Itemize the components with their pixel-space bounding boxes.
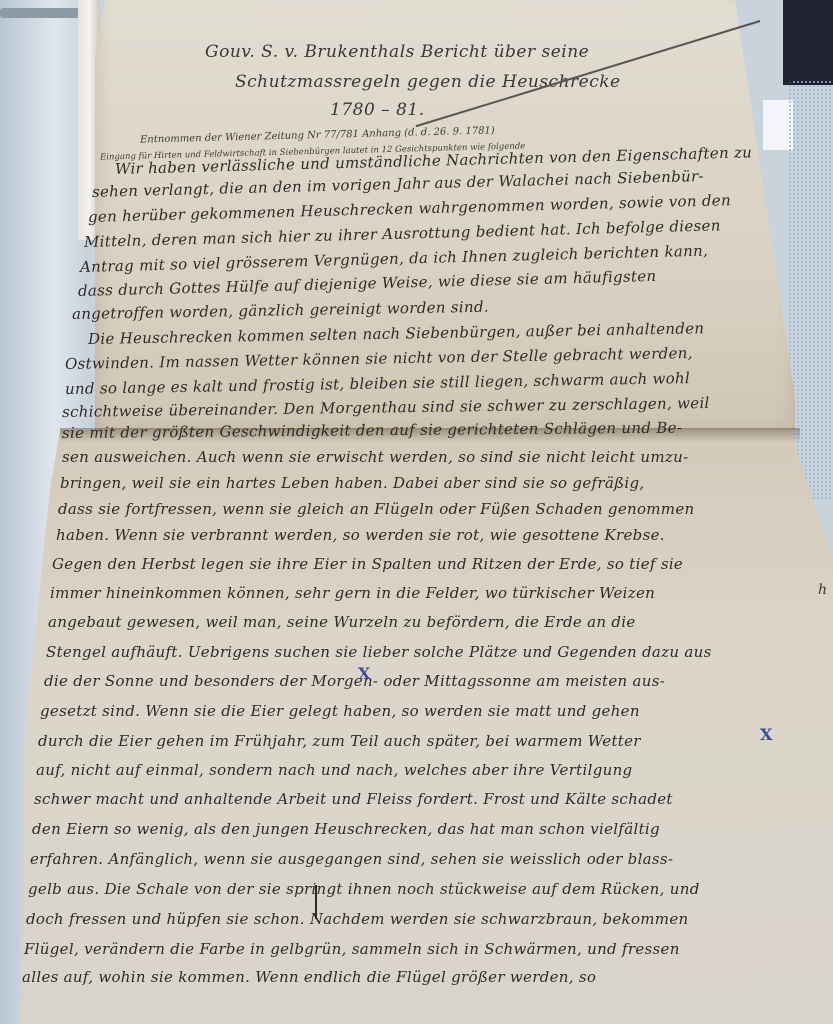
lower-line-19: alles auf, wohin sie kommen. Wenn endlic… — [22, 968, 596, 986]
lower-line-12: auf, nicht auf einmal, sondern nach und … — [36, 761, 632, 779]
lower-line-16: gelb aus. Die Schale von der sie springt… — [28, 880, 700, 898]
lower-line-7: angebaut gewesen, weil man, seine Wurzel… — [48, 613, 636, 631]
lower-line-1: sen ausweichen. Auch wenn sie erwischt w… — [62, 448, 688, 466]
vertical-separator-stroke — [315, 885, 317, 919]
lower-line-10: gesetzt sind. Wenn sie die Eier gelegt h… — [40, 702, 640, 720]
blue-ink-mark-1: X — [358, 664, 370, 683]
blue-ink-mark-2: X — [760, 725, 772, 744]
lower-line-15: erfahren. Anfänglich, wenn sie ausgegang… — [30, 850, 673, 868]
lower-line-2: bringen, weil sie ein hartes Leben haben… — [60, 474, 644, 492]
lower-line-4: haben. Wenn sie verbrannt werden, so wer… — [56, 526, 665, 544]
background-bar — [0, 8, 80, 18]
lower-line-8: Stengel aufhäuft. Uebrigens suchen sie l… — [46, 643, 712, 661]
lower-line-18: Flügel, verändern die Farbe in gelbgrün,… — [24, 940, 680, 958]
lower-line-11: durch die Eier gehen im Frühjahr, zum Te… — [38, 732, 641, 750]
lower-line-9: die der Sonne und besonders der Morgen- … — [44, 672, 665, 690]
lower-line-13: schwer macht und anhaltende Arbeit und F… — [34, 790, 673, 808]
lower-line-14: den Eiern so wenig, als den jungen Heusc… — [32, 820, 660, 838]
title-line-3: 1780 – 81. — [330, 100, 425, 120]
lower-line-3: dass sie fortfressen, wenn sie gleich an… — [58, 500, 694, 518]
background-dark-object — [783, 0, 833, 85]
lower-page — [20, 430, 833, 1024]
title-line-2: Schutzmassregeln gegen die Heuschrecke — [235, 72, 621, 92]
right-margin-mark: h — [818, 582, 827, 598]
lower-line-17: doch fressen und hüpfen sie schon. Nachd… — [26, 910, 688, 928]
lower-line-5: Gegen den Herbst legen sie ihre Eier in … — [52, 555, 683, 573]
lower-line-6: immer hineinkommen können, sehr gern in … — [50, 584, 655, 602]
title-line-1: Gouv. S. v. Brukenthals Bericht über sei… — [205, 42, 589, 62]
